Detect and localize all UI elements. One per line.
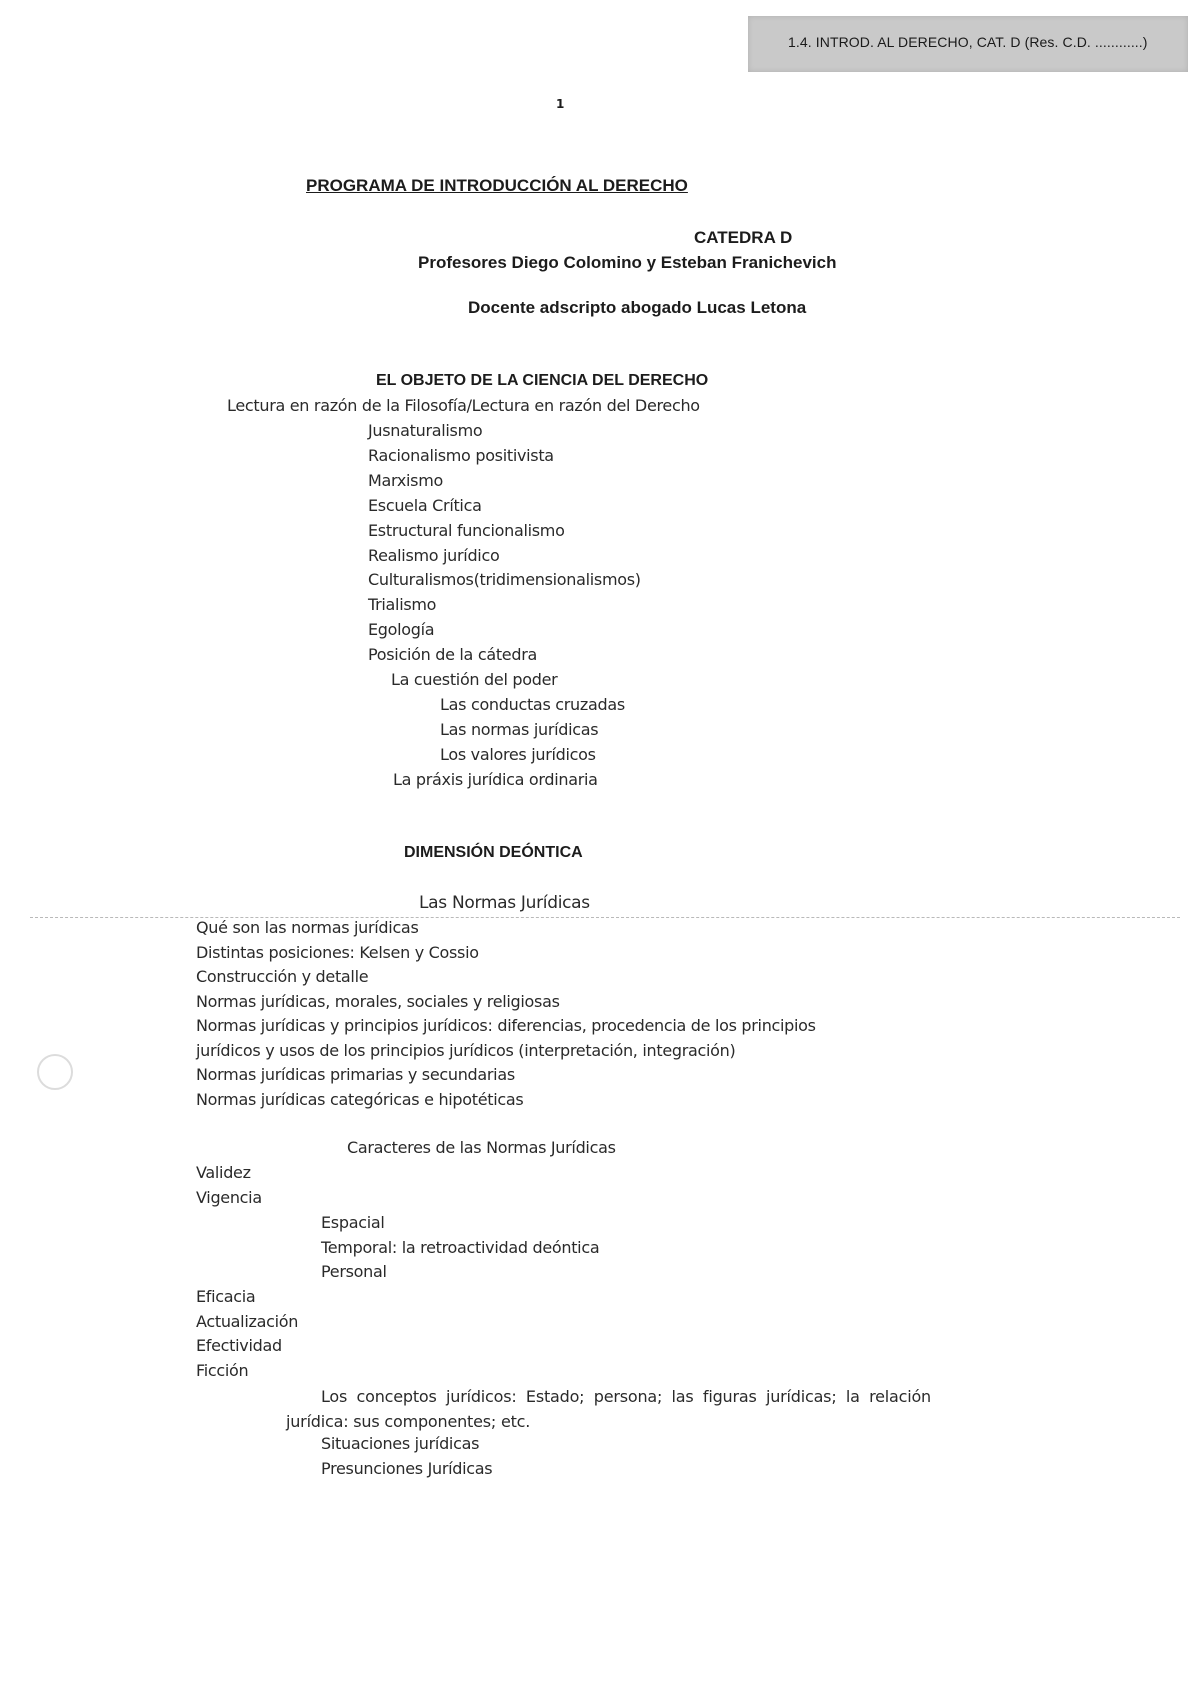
document-header-banner: 1.4. INTROD. AL DERECHO, CAT. D (Res. C.… [748,16,1188,72]
list-item: Las normas jurídicas [440,720,598,739]
document-title: PROGRAMA DE INTRODUCCIÓN AL DERECHO [306,176,688,196]
list-item: Egología [368,620,434,639]
caracteres-heading: Caracteres de las Normas Jurídicas [347,1138,616,1157]
list-item: Efectividad [196,1336,282,1355]
list-item: Trialismo [368,595,436,614]
list-item: Estructural funcionalismo [368,521,565,540]
page-number: 1 [556,97,564,111]
list-item: Actualización [196,1312,298,1331]
list-item: Normas jurídicas y principios jurídicos:… [196,1016,816,1035]
list-item: Qué son las normas jurídicas [196,918,418,937]
validez-item: Validez [196,1163,251,1182]
list-item: Posición de la cátedra [368,645,537,664]
list-item: Jusnaturalismo [368,421,482,440]
list-item: Distintas posiciones: Kelsen y Cossio [196,943,479,962]
list-item: Marxismo [368,471,443,490]
conceptos-paragraph: Los conceptos jurídicos: Estado; persona… [286,1384,931,1434]
banner-text: 1.4. INTROD. AL DERECHO, CAT. D (Res. C.… [788,34,1148,50]
list-item: Eficacia [196,1287,255,1306]
presunciones-item: Presunciones Jurídicas [321,1459,492,1478]
professors-line: Profesores Diego Colomino y Esteban Fran… [418,253,837,273]
list-item: Espacial [321,1213,385,1232]
list-item: Normas jurídicas primarias y secundarias [196,1065,515,1084]
docente-line: Docente adscripto abogado Lucas Letona [468,298,806,318]
scan-hole-artifact [37,1054,73,1090]
list-item: Escuela Crítica [368,496,482,515]
praxis-item: La práxis jurídica ordinaria [393,770,598,789]
list-item: Racionalismo positivista [368,446,554,465]
list-item: Normas jurídicas, morales, sociales y re… [196,992,560,1011]
list-item: jurídicos y usos de los principios juríd… [196,1041,735,1060]
list-item: Los valores jurídicos [440,745,596,764]
list-item: Realismo jurídico [368,546,499,565]
section-heading-objeto: EL OBJETO DE LA CIENCIA DEL DERECHO [376,372,708,390]
list-item: Las conductas cruzadas [440,695,625,714]
catedra-subitem: La cuestión del poder [391,670,557,689]
list-item: Ficción [196,1361,248,1380]
catedra-label: CATEDRA D [694,228,792,248]
list-item: Temporal: la retroactividad deóntica [321,1238,599,1257]
list-item: Personal [321,1262,387,1281]
section-subheading-lectura: Lectura en razón de la Filosofía/Lectura… [227,396,700,415]
section-subheading-normas: Las Normas Jurídicas [419,893,590,913]
section-heading-deontica: DIMENSIÓN DEÓNTICA [404,844,583,862]
vigencia-item: Vigencia [196,1188,262,1207]
list-item: Normas jurídicas categóricas e hipotétic… [196,1090,523,1109]
list-item: Culturalismos(tridimensionalismos) [368,570,641,589]
list-item: Construcción y detalle [196,967,368,986]
situaciones-item: Situaciones jurídicas [321,1434,479,1453]
